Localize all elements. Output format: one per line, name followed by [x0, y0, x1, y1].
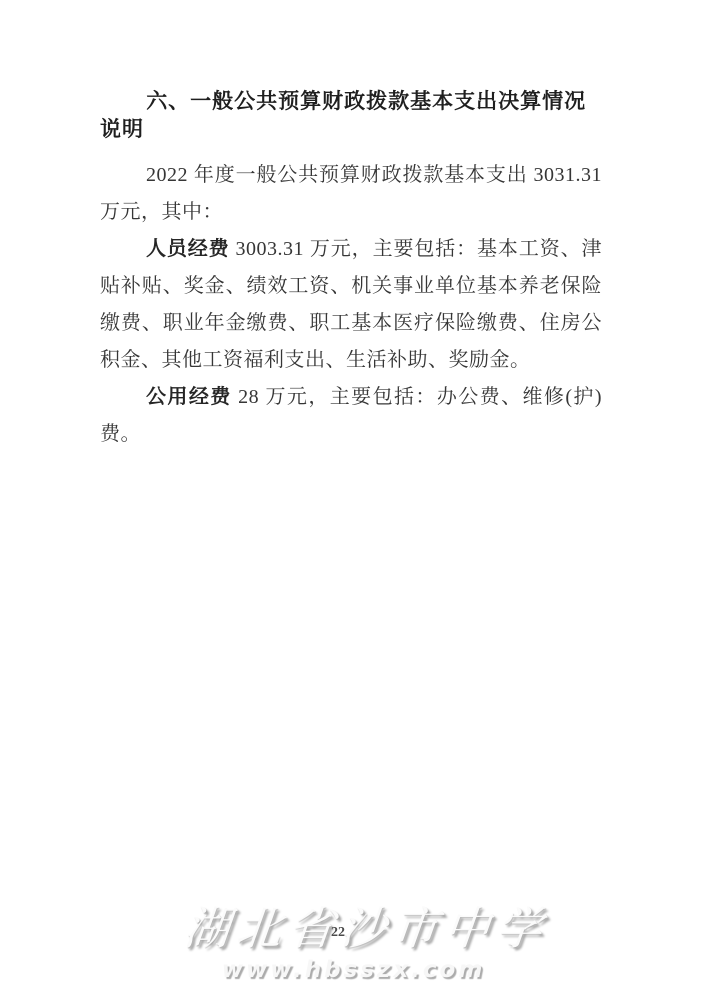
watermark-school-name: 湖北省沙市中学	[23, 903, 707, 955]
section-heading: 六、一般公共预算财政拨款基本支出决算情况说明	[100, 88, 602, 144]
public-funds-label: 公用经费	[146, 386, 232, 408]
document-page: 六、一般公共预算财政拨款基本支出决算情况说明 2022 年度一般公共预算财政拨款…	[0, 0, 707, 1000]
paragraph-total-expenditure: 2022 年度一般公共预算财政拨款基本支出 3031.31 万元，其中：	[100, 157, 602, 231]
page-number: 22	[331, 925, 345, 941]
paragraph-public-funds: 公用经费 28 万元，主要包括：办公费、维修(护)费。	[100, 379, 602, 453]
watermark: 湖北省沙市中学 www.hbsszx.com	[0, 903, 707, 983]
personnel-funds-label: 人员经费	[146, 238, 230, 260]
document-body: 六、一般公共预算财政拨款基本支出决算情况说明 2022 年度一般公共预算财政拨款…	[100, 88, 602, 453]
watermark-website: www.hbsszx.com	[0, 957, 707, 983]
paragraph-personnel-funds: 人员经费 3003.31 万元，主要包括：基本工资、津贴补贴、奖金、绩效工资、机…	[100, 231, 602, 379]
